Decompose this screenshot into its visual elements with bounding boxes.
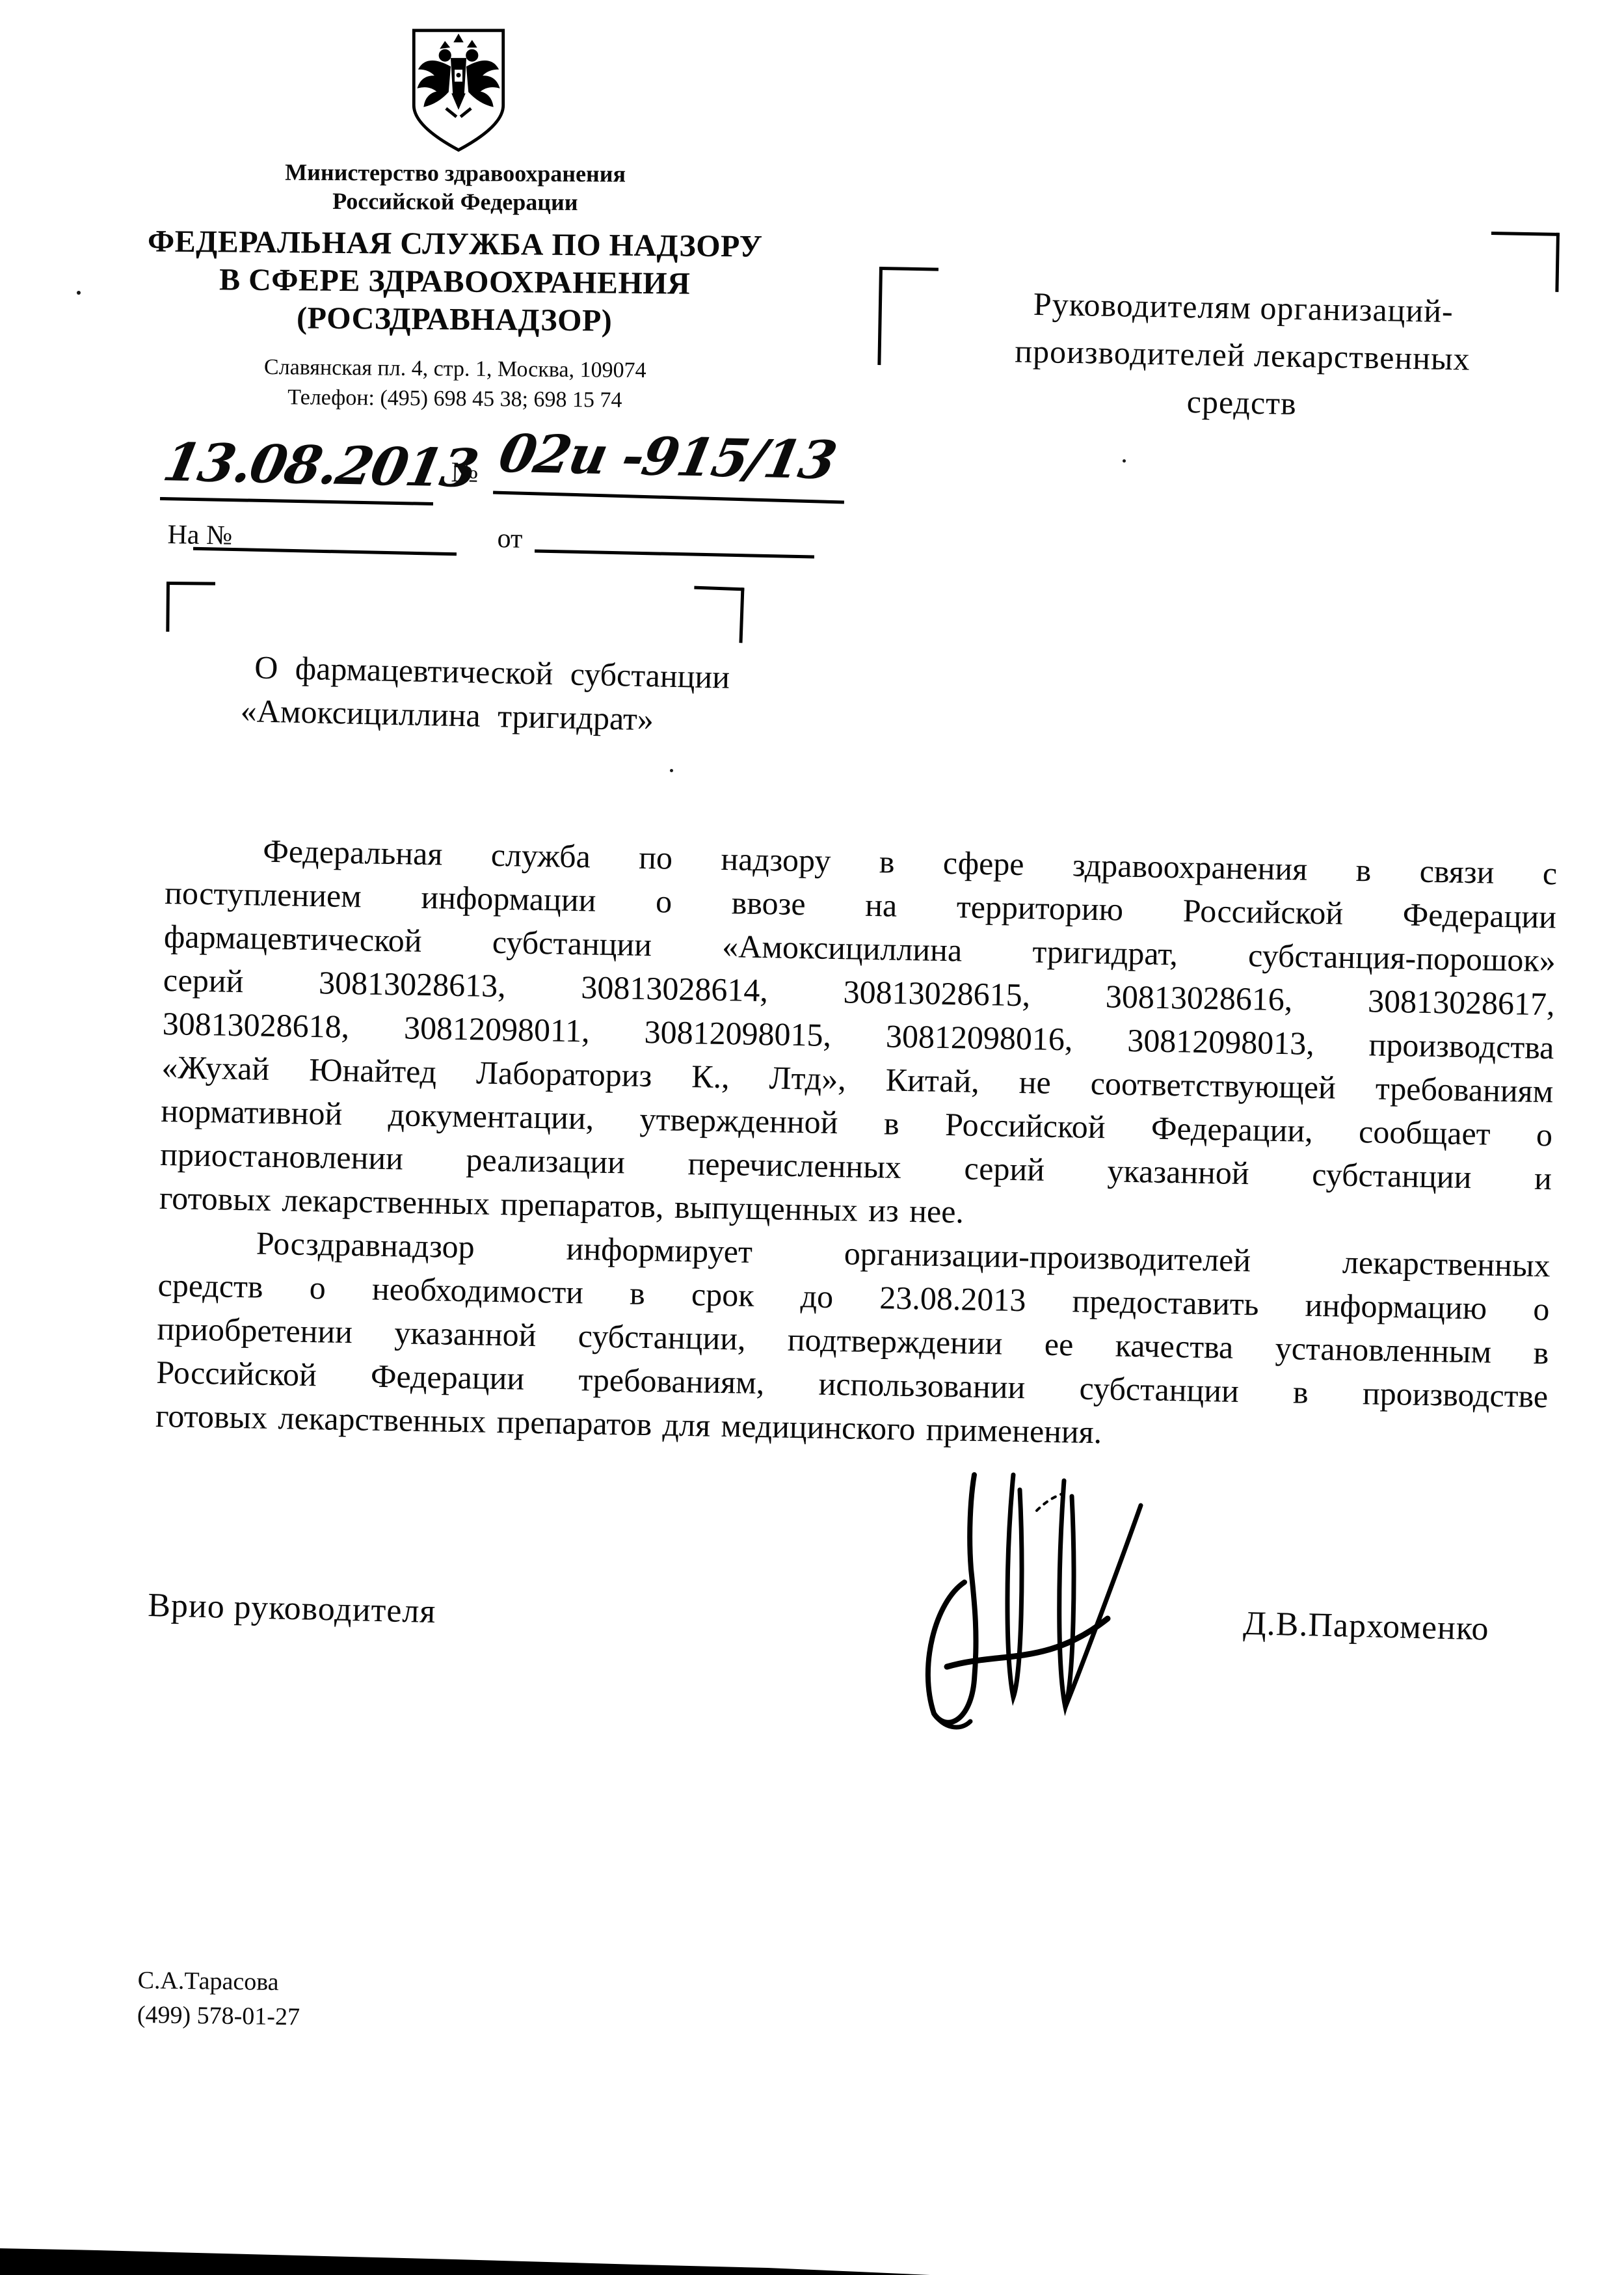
scan-speck [77,291,81,295]
agency-contacts: Славянская пл. 4, стр. 1, Москва, 109074… [120,351,790,417]
scan-speck [670,769,673,772]
addressee-corner-mark-right [1490,232,1560,292]
agency-phone: Телефон: (495) 698 45 38; 698 15 74 [120,381,790,417]
letter-body: Федеральная служба по надзору в сфере зд… [155,828,1558,1462]
subject-block: О фармацевтической субстанции «Амоксицил… [240,645,730,743]
date-underline [160,497,433,505]
outgoing-number-handwritten: 02и -915/13 [494,423,841,491]
reply-number-underline [193,547,457,556]
number-underline [493,491,844,504]
agency-header: ФЕДЕРАЛЬНАЯ СЛУЖБА ПО НАДЗОРУ В СФЕРЕ ЗД… [119,222,790,342]
subject-corner-mark-left [166,582,215,632]
signer-position-title: Врио руководителя [148,1586,436,1631]
ministry-line2: Российской Федерации [228,186,683,217]
number-sign: № [451,455,479,489]
reply-from-label: от [497,523,523,555]
ministry-line1: Министерство здравоохранения [228,157,683,189]
russia-coat-of-arms-icon [406,27,511,154]
scanned-letter-page: Министерство здравоохранения Российской … [0,0,1624,2275]
addressee-block: Руководителям организаций- производителе… [924,278,1561,432]
signer-name: Д.В.Пархоменко [1243,1604,1490,1649]
handwritten-signature-icon [909,1472,1169,1745]
agency-name-line1: ФЕДЕРАЛЬНАЯ СЛУЖБА ПО НАДЗОРУ [120,222,790,266]
scan-speck [1123,459,1126,463]
ministry-header: Министерство здравоохранения Российской … [228,157,683,217]
reply-date-underline [535,549,814,558]
scan-artifact-band [0,2238,1624,2275]
agency-name-line2: В СФЕРЕ ЗДРАВООХРАНЕНИЯ [120,260,790,304]
outgoing-date-handwritten: 13.08.2013 [159,431,483,499]
executor-contact-block: С.А.Тарасова (499) 578-01-27 [137,1963,301,2034]
subject-corner-mark-right [693,586,745,643]
agency-name-line3: (РОСЗДРАВНАДЗОР) [119,298,789,342]
executor-phone: (499) 578-01-27 [137,1998,300,2034]
executor-name: С.А.Тарасова [137,1963,300,2000]
